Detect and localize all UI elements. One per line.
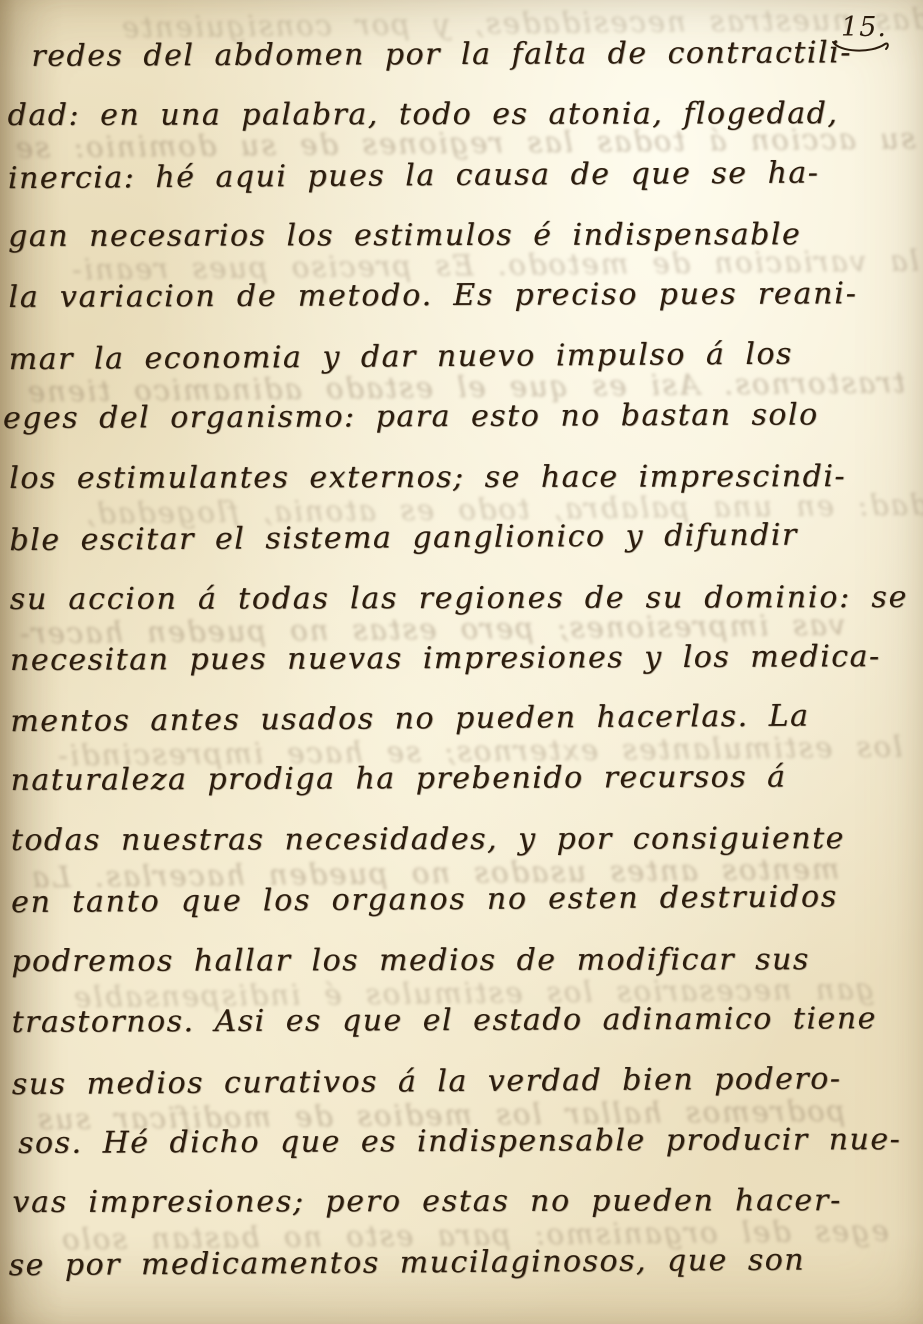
manuscript-line: necesitan pues nuevas impresiones y los … [0, 626, 923, 690]
manuscript-line: mar la economia y dar nuevo impulso á lo… [0, 323, 922, 390]
manuscript-line: gan necesarios los estimulos é indispens… [0, 204, 921, 266]
manuscript-text: redes del abdomen por la falta de contra… [0, 22, 923, 1294]
manuscript-line: su accion á todas las regiones de su dom… [0, 566, 923, 628]
manuscript-line: inercia: hé aqui pues la causa de que se… [0, 142, 921, 209]
manuscript-line: en tanto que los organos no esten destru… [1, 866, 923, 933]
manuscript-line: sos. Hé dicho que es indispensable produ… [2, 1109, 923, 1173]
manuscript-line: eges del organismo: para esto no bastan … [0, 384, 922, 448]
manuscript-line: trastornos. Asi es que el estado adinami… [1, 988, 923, 1052]
manuscript-line: naturaleza prodiga ha prebenido recursos… [0, 747, 923, 811]
manuscript-page: todas nuestras necesidades, y por consig… [0, 0, 923, 1324]
manuscript-line: vas impresiones; pero estas no pueden ha… [2, 1170, 923, 1232]
manuscript-line: ble escitar el sistema ganglionico y dif… [0, 504, 923, 571]
manuscript-line: se por medicamentos mucilaginosos, que s… [2, 1229, 923, 1296]
manuscript-line: los estimulantes externos; se hace impre… [0, 446, 922, 508]
manuscript-line: redes del abdomen por la falta de contra… [0, 22, 920, 86]
manuscript-line: dad: en una palabra, todo es atonia, flo… [0, 83, 921, 145]
manuscript-line: podremos hallar los medios de modificar … [1, 929, 923, 991]
manuscript-line: sus medios curativos á la verdad bien po… [2, 1047, 923, 1114]
manuscript-line: mentos antes usados no pueden hacerlas. … [0, 685, 923, 752]
manuscript-line: todas nuestras necesidades, y por consig… [1, 808, 923, 870]
manuscript-line: la variacion de metodo. Es preciso pues … [0, 264, 922, 328]
